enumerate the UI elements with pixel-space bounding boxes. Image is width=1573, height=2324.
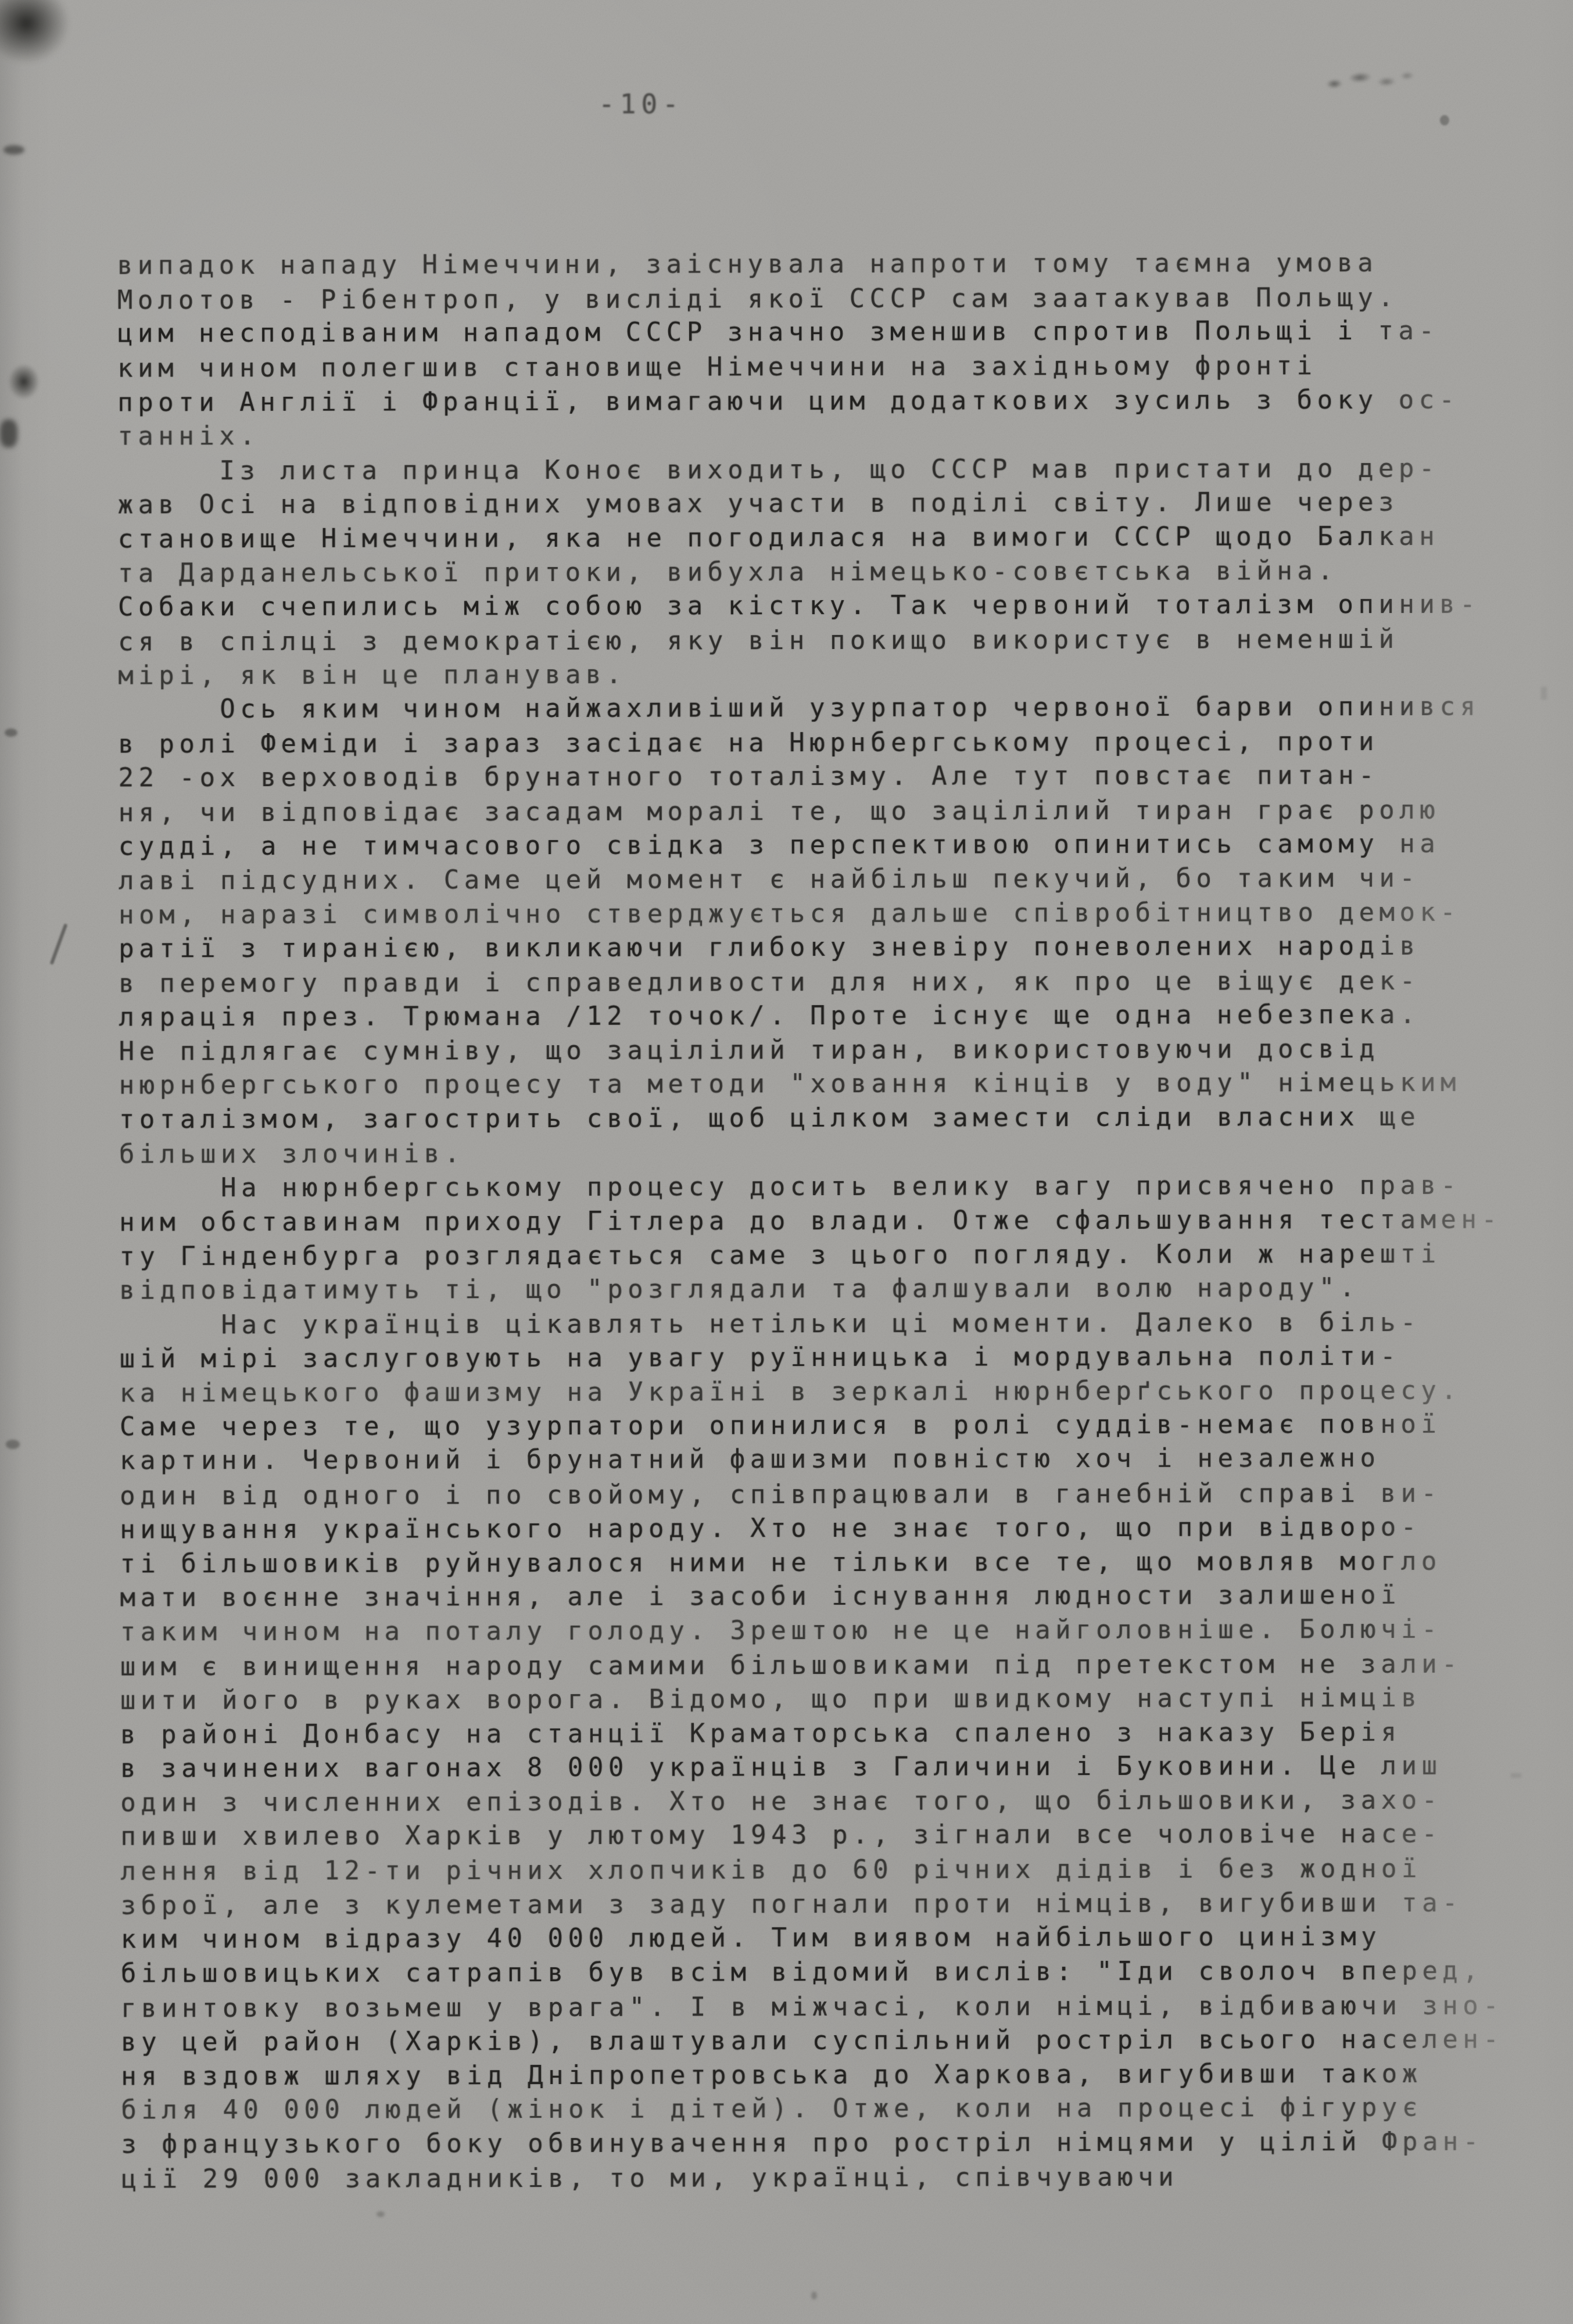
text-line: в перемогу правди і справедливости для н… [119,964,1548,1002]
text-line: ня, чи відповідає засадам моралі те, що … [119,794,1548,831]
text-line: відповідатимуть ті, що "розглядали та фа… [119,1271,1549,1308]
page-number: -10- [599,88,684,120]
text-line: Собаки счепились між собою за кістку. Та… [118,588,1547,625]
text-line: лярація през. Трюмана /12 точок/. Проте … [119,998,1548,1035]
text-line: Ось яким чином найжахливіший узурпатор ч… [118,690,1547,727]
text-line: ратії з тиранією, викликаючи глибоку зне… [119,930,1548,967]
text-line: шій мірі заслуговують на увагу руїнницьк… [120,1339,1549,1376]
scan-edge-mark [8,364,40,400]
paper-speck [1440,115,1449,125]
text-line: біля 40 000 людей (жінок і дітей). Отже,… [121,2091,1550,2128]
scanned-document-page: -10- випадок нападу Німеччини, заіснувал… [0,0,1573,2324]
text-line: ким чином полегшив становище Німеччини н… [117,349,1547,386]
text-line: Саме через те, що узурпатори опинилися в… [120,1408,1549,1445]
scan-edge-mark [0,419,17,447]
text-line: ту Гінденбурга розглядається саме з цьог… [119,1237,1549,1274]
text-line: мати воєнне значіння, але і засоби існув… [120,1579,1549,1616]
text-line: судді, а не тимчасового свідка з перспек… [119,827,1548,864]
text-line: випадок нападу Німеччини, заіснувала нап… [117,246,1547,284]
text-line: нюрнбергського процесу та методи "хованн… [119,1066,1549,1103]
text-line: більшовицьких сатрапів був всім відомий … [121,1954,1550,1992]
text-line: лаві підсудних. Саме цей момент є найбіл… [119,861,1548,898]
text-line: ції 29 000 закладників, то ми, українці,… [121,2160,1551,2197]
text-line: зброї, але з кулеметами з заду погнали п… [121,1886,1550,1923]
paper-speck [811,2291,817,2300]
text-line: Із листа принца Коноє виходить, що СССР … [117,452,1547,489]
scan-edge-mark [5,729,17,737]
text-line: один з численних епізодів. Хто не знає т… [120,1784,1550,1821]
text-line: в районі Донбасу на станції Краматорська… [120,1715,1550,1752]
text-line: тоталізмом, загострить свої, щоб цілком … [119,1100,1549,1138]
text-line: проти Англії і Франції, вимагаючи цим до… [117,383,1547,420]
scan-edge-mark [3,145,24,155]
text-line: ким чином відразу 40 000 людей. Тим вияв… [121,1920,1550,1957]
text-line: жав Осі на відповідних умовах участи в п… [118,485,1547,522]
text-line: танніх. [117,417,1547,454]
text-line: На нюрнбергському процесу досить велику … [119,1168,1549,1206]
text-line: нищування українського народу. Хто не зн… [120,1510,1549,1547]
text-line: гвинтовку возьмеш у врага". І в міжчасі,… [121,1989,1550,2026]
text-line: 22 -ох верховодів брунатного тоталізму. … [119,759,1548,796]
text-line: таким чином на поталу голоду. Зрештою не… [120,1613,1550,1650]
scan-edge-mark [6,1440,20,1449]
text-line: в ролі Феміди і зараз засідає на Нюрнбер… [118,725,1547,762]
text-line: ву цей район (Харків), влаштували суспіл… [121,2022,1550,2060]
text-line: Не підлягає сумніву, що зацілілий тиран,… [119,1032,1549,1069]
text-line: ном, наразі символічно стверджується дал… [119,895,1548,933]
text-line: ним обставинам приходу Гітлера до влади.… [119,1203,1549,1240]
text-line: один від одного і по свойому, співпрацюв… [120,1477,1549,1514]
text-line: Нас українців цікавлять нетільки ці моме… [119,1306,1549,1343]
text-line: ня вздовж шляху від Дніпропетровська до … [121,2057,1550,2094]
text-line: ся в спілці з демократією, яку він покищ… [118,623,1547,660]
text-line: ті більшовиків руйнувалося ними не тільк… [120,1544,1549,1581]
typewritten-text-block: випадок нападу Німеччини, заіснувала нап… [117,144,1550,2196]
text-line: ка німецького фашизму на Україні в зерка… [120,1373,1549,1411]
text-line: пивши хвилево Харків у лютому 1943 р., з… [120,1817,1550,1854]
text-line: Молотов - Рібентроп, у висліді якої СССР… [117,281,1547,318]
paper-speck [377,2211,385,2217]
text-line: та Дарданельської притоки, вибухла німец… [118,554,1547,591]
text-line: шити його в руках ворога. Відомо, що при… [120,1681,1550,1718]
text-line: мірі, як він це планував. [118,656,1547,693]
text-line: становище Німеччини, яка не погодилася н… [118,519,1547,557]
ink-smudge-top-right [1312,62,1418,99]
text-line: шим є винищення народу самими більшовика… [120,1647,1550,1684]
text-line: цим несподіваним нападом СССР значно зме… [117,314,1547,351]
text-line: картини. Червоний і брунатний фашизми по… [120,1441,1549,1479]
text-line: з французького боку обвинувачення про ро… [121,2125,1550,2162]
text-line: в зачинених вагонах 8 000 українців з Га… [120,1749,1550,1787]
scan-corner-ink-blob [0,0,70,64]
text-line: лення від 12-ти річних хлопчиків до 60 р… [120,1852,1550,1889]
text-line: більших злочинів. [119,1135,1549,1172]
pencil-slash-mark [50,923,68,965]
